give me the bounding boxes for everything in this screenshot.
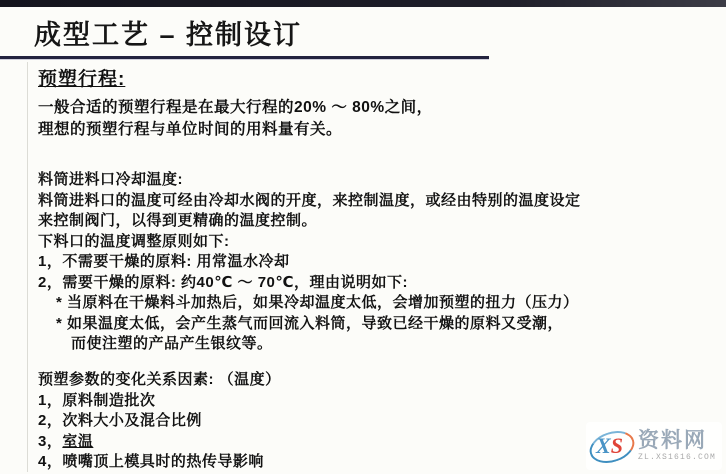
section-heading: 预塑行程: — [38, 64, 433, 91]
section-heading: 预塑参数的变化关系因素: （温度） — [38, 370, 281, 391]
body-line: 料筒进料口的温度可经由冷却水阀的开度，来控制温度，或经由特别的温度设定 — [38, 191, 581, 212]
body-line: 理想的预塑行程与单位时间的用料量有关。 — [38, 119, 433, 141]
top-border-bar — [0, 0, 726, 7]
section-heading: 料筒进料口冷却温度: — [38, 170, 581, 191]
title-underline-rule — [0, 56, 489, 59]
body-line: 来控制阀门，以得到更精确的温度控制。 — [38, 211, 581, 232]
list-item-number: 3， — [38, 433, 62, 450]
left-margin-line — [27, 62, 28, 472]
logo-letter-x: X — [596, 433, 611, 458]
list-item: 2，次料大小及混合比例 — [38, 411, 281, 432]
section-preplastic-parameters: 预塑参数的变化关系因素: （温度） 1，原料制造批次 2，次料大小及混合比例 3… — [38, 370, 281, 473]
list-item: 3，室温 — [38, 432, 281, 453]
slide-page: 成型工艺 – 控制设订 预塑行程: 一般合适的预塑行程是在最大行程的20% ～ … — [0, 0, 726, 474]
page-title: 成型工艺 – 控制设订 — [34, 13, 302, 52]
section-preplastic-stroke: 预塑行程: 一般合适的预塑行程是在最大行程的20% ～ 80%之间， 理想的预塑… — [38, 64, 433, 141]
list-item: 2，需要干燥的原料: 约40℃ ～ 70℃，理由说明如下: — [38, 273, 581, 294]
list-item: 1，不需要干燥的原料: 用常温水冷却 — [38, 252, 581, 273]
section-barrel-inlet-cooling: 料筒进料口冷却温度: 料筒进料口的温度可经由冷却水阀的开度，来控制温度，或经由特… — [38, 170, 581, 355]
note-line: * 当原料在干燥料斗加热后，如果冷却温度太低，会增加预塑的扭力（压力） — [38, 293, 581, 314]
watermark-site-url: ZL.XS1616.COM — [638, 454, 716, 462]
watermark: XS 资料网 ZL.XS1616.COM — [586, 422, 722, 470]
logo-letters: XS — [596, 433, 623, 459]
watermark-text: 资料网 ZL.XS1616.COM — [638, 430, 716, 462]
note-line: 而使注塑的产品产生银纹等。 — [38, 334, 581, 355]
list-item: 4，喷嘴顶上模具时的热传导影响 — [38, 452, 281, 473]
watermark-site-name: 资料网 — [638, 430, 716, 451]
list-item: 1，原料制造批次 — [38, 391, 281, 412]
note-line: * 如果温度太低，会产生蒸气而回流入料筒，导致已经干燥的原料又受潮， — [38, 314, 581, 335]
body-line: 下料口的温度调整原则如下: — [38, 232, 581, 253]
body-line: 一般合适的预塑行程是在最大行程的20% ～ 80%之间， — [38, 97, 433, 119]
list-item-text-underlined: 室温 — [62, 433, 93, 450]
xs-logo-icon: XS — [588, 428, 634, 464]
logo-letter-s: S — [611, 433, 623, 458]
